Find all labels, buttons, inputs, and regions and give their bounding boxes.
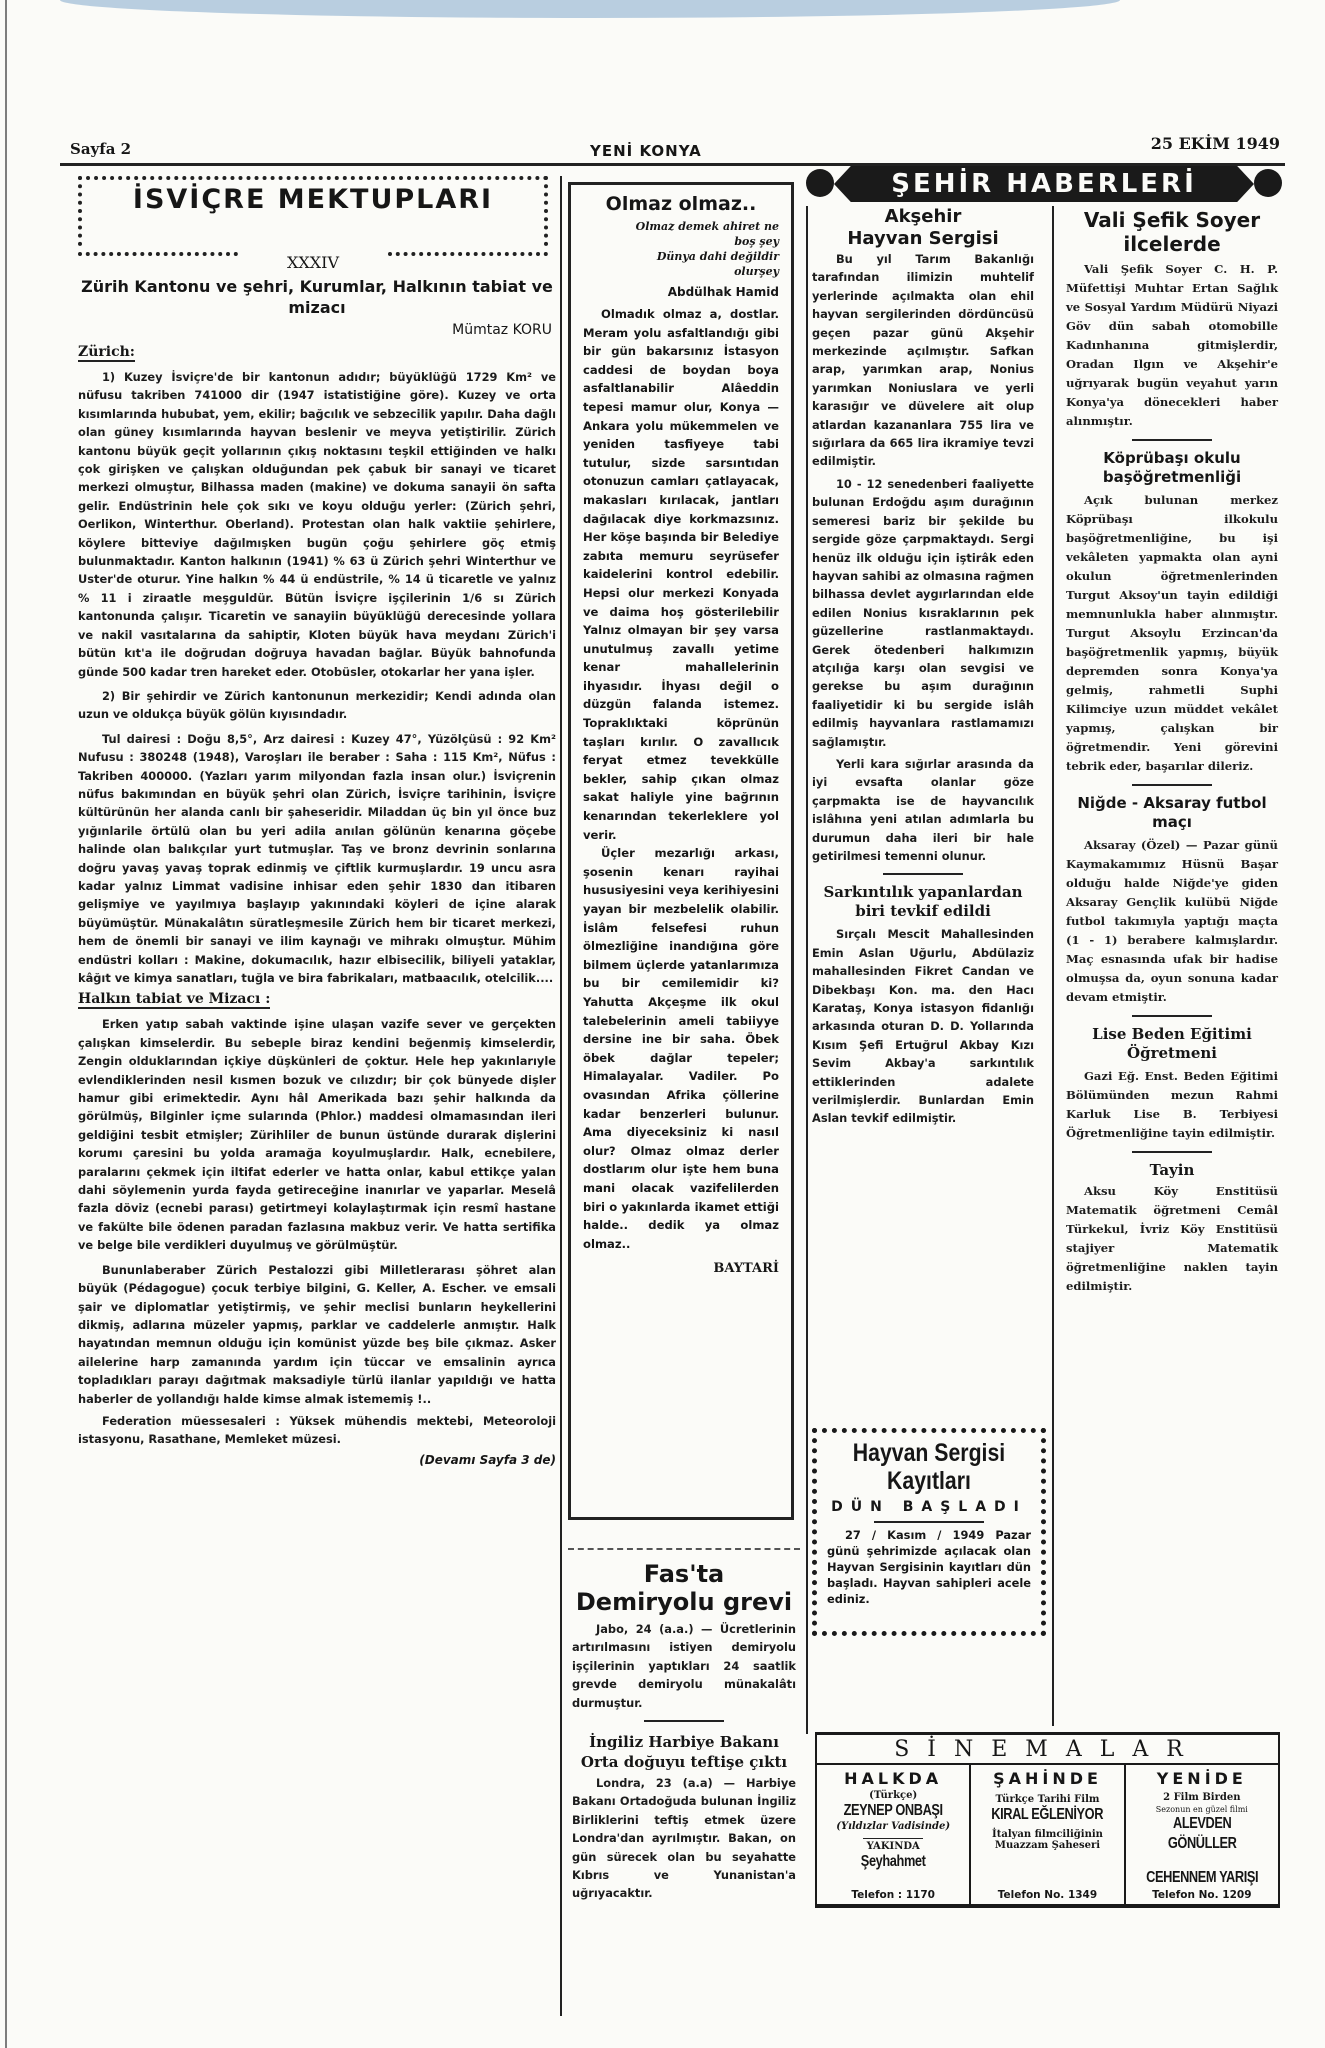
paragraph: Bu yıl Tarım Bakanlığı tarafından ilimiz… <box>812 250 1034 471</box>
banner-band: ŞEHİR HABERLERİ <box>834 166 1254 202</box>
cinema-sahin: ŞAHİNDE Türkçe Tarihi Film KIRAL EĞLENİY… <box>971 1765 1125 1905</box>
newspaper-title: YENİ KONYA <box>590 142 702 160</box>
page-edge <box>5 0 7 2048</box>
city-news-column-right: Vali Şefik Soyer ilcelerde Vali Şefik So… <box>1066 208 1278 1296</box>
short-rule <box>1132 784 1212 786</box>
verse-line: Olmaz demek ahiret ne <box>583 219 779 234</box>
ad-subtitle: DÜN BAŞLADI <box>827 1499 1031 1515</box>
sarkintilik-title: Sarkıntılık yapanlardan biri tevkif edil… <box>812 883 1034 921</box>
olmaz-column-box: Olmaz olmaz.. Olmaz demek ahiret ne boş … <box>568 182 794 1520</box>
short-rule <box>1132 1015 1212 1017</box>
cinema-halk: HALKDA (Türkçe) ZEYNEP ONBAŞI (Yıldızlar… <box>817 1765 971 1905</box>
cinema-phone: Telefon No. 1209 <box>1126 1889 1278 1901</box>
short-rule <box>863 1838 923 1839</box>
section-label-temperament: Halkın tabiat ve Mizacı : <box>78 991 270 1009</box>
banner-ornament-left <box>806 169 834 197</box>
poet-name: Abdülhak Hamid <box>583 285 779 299</box>
verse-line: olurşey <box>583 264 779 279</box>
cinema-name: ŞAHİNDE <box>971 1769 1123 1788</box>
scan-background-strip <box>60 0 1120 18</box>
author-byline: Mümtaz KORU <box>78 322 552 338</box>
short-rule <box>883 873 963 875</box>
short-rule <box>874 1521 984 1523</box>
film-genre: Türkçe Tarihi Film <box>971 1794 1123 1805</box>
film-subtitle: İtalyan filmciliğinin Muazzam Şaheseri <box>971 1827 1123 1853</box>
film-title-2: CEHENNEM YARIŞI <box>1141 1868 1263 1888</box>
column-divider <box>1052 206 1054 1726</box>
series-title: İSVİÇRE MEKTUPLARI <box>82 184 544 215</box>
cinema-name: YENİDE <box>1126 1769 1278 1788</box>
paragraph: 1) Kuzey İsviçre'de bir kantonun adıdır;… <box>78 368 556 681</box>
cinema-heading: SİNEMALAR <box>817 1735 1278 1765</box>
film-title: ALEVDEN GÖNÜLLER <box>1141 1814 1263 1854</box>
fas-title-line1: Fas'ta <box>572 1560 796 1588</box>
issue-number: XXXIV <box>82 253 544 272</box>
film-title: KIRAL EĞLENİYOR <box>987 1805 1109 1825</box>
aksehir-column: Akşehir Hayvan Sergisi Bu yıl Tarım Baka… <box>812 206 1034 1128</box>
short-rule <box>644 1720 724 1722</box>
ad-title-line1: Hayvan Sergisi <box>842 1439 1015 1467</box>
ingiliz-title: İngiliz Harbiye Bakanı Orta doğuyu tefti… <box>572 1732 796 1772</box>
ad-text: 27 / Kasım / 1949 Pazar günü şehrimizde … <box>827 1527 1031 1607</box>
vali-text: Vali Şefik Soyer C. H. P. Müfettişi Muht… <box>1066 260 1278 431</box>
continued-note: (Devamı Sayfa 3 de) <box>78 1453 556 1467</box>
sarkintilik-text: Sırçalı Mescit Mahallesinden Emin Aslan … <box>812 925 1034 1127</box>
dashed-separator <box>568 1548 800 1550</box>
short-rule <box>1132 439 1212 441</box>
series-title-box: İSVİÇRE MEKTUPLARI XXXIV <box>78 176 548 246</box>
lise-text: Gazi Eğ. Enst. Beden Eğitimi Bölümünden … <box>1066 1067 1278 1143</box>
kopruba-text: Açık bulunan merkez Köprübaşı ilkokulu b… <box>1066 491 1278 776</box>
hayvan-sergisi-ad: Hayvan Sergisi Kayıtları DÜN BAŞLADI 27 … <box>812 1428 1046 1636</box>
ingiliz-text: Londra, 23 (a.a) — Harbiye Bakanı Ortado… <box>572 1774 796 1903</box>
paragraph: 10 - 12 senedenberi faaliyette bulunan E… <box>812 475 1034 751</box>
cinema-name: HALKDA <box>817 1769 969 1788</box>
fas-text: Jabo, 24 (a.a.) — Ücretlerinin artırılma… <box>572 1620 796 1712</box>
coming-soon-label: YAKINDA <box>817 1841 969 1852</box>
cinema-listings: SİNEMALAR HALKDA (Türkçe) ZEYNEP ONBAŞI … <box>815 1732 1280 1908</box>
fas-title-line2: Demiryolu grevi <box>572 1588 796 1616</box>
section-label-zurich: Zürich: <box>78 344 135 362</box>
paragraph: 2) Bir şehirdir ve Zürich kantonunun mer… <box>78 687 556 724</box>
film-title: ZEYNEP ONBAŞI <box>832 1801 954 1821</box>
paragraph: Bununlaberaber Zürich Pestalozzi gibi Mi… <box>78 1261 556 1408</box>
paragraph: Erken yatıp sabah vaktinde işine ulaşan … <box>78 1015 556 1254</box>
cinema-phone: Telefon : 1170 <box>817 1889 969 1901</box>
swiss-letters-article: İSVİÇRE MEKTUPLARI XXXIV Zürih Kantonu v… <box>78 176 556 1467</box>
season-note: Sezonun en güzel filmi <box>1126 1805 1278 1814</box>
paragraph: Yerli kara sığırlar arasında da iyi evsa… <box>812 755 1034 865</box>
cinema-yeni: YENİDE 2 Film Birden Sezonun en güzel fi… <box>1126 1765 1278 1905</box>
lise-title: Lise Beden Eğitimi Öğretmeni <box>1066 1025 1278 1063</box>
double-feature-label: 2 Film Birden <box>1126 1792 1278 1803</box>
tayin-title: Tayin <box>1066 1161 1278 1180</box>
city-news-banner: ŞEHİR HABERLERİ <box>806 166 1282 202</box>
olmaz-title: Olmaz olmaz.. <box>583 193 779 215</box>
column-divider <box>806 206 808 1734</box>
federation-paragraph: Federation müessesaleri : Yüksek mühendi… <box>78 1412 556 1449</box>
verse-line: Dünya dahi değildir <box>583 249 779 264</box>
page-number: Sayfa 2 <box>70 140 131 158</box>
cinema-language: (Türkçe) <box>817 1790 969 1801</box>
author-signature: BAYTARİ <box>583 1261 779 1276</box>
paragraph: Üçler mezarlığı arkası, şosenin kenarı r… <box>583 844 779 1253</box>
verse-line: boş şey <box>583 234 779 249</box>
cinema-phone: Telefon No. 1349 <box>971 1889 1123 1901</box>
banner-ornament-right <box>1254 169 1282 197</box>
coming-soon-film: Şeyhahmet <box>832 1852 954 1872</box>
aksehir-title-line2: Hayvan Sergisi <box>812 228 1034 250</box>
federation-label: Federation müessesaleri : <box>102 1414 280 1428</box>
vali-title: Vali Şefik Soyer ilcelerde <box>1066 208 1278 256</box>
kopruba-title: Köprübaşı okulu başöğretmenliği <box>1066 449 1278 487</box>
fas-and-ingiliz-news: Fas'ta Demiryolu grevi Jabo, 24 (a.a.) —… <box>572 1560 796 1903</box>
issue-date: 25 EKİM 1949 <box>1151 134 1280 153</box>
nigde-title: Niğde - Aksaray futbol maçı <box>1066 794 1278 832</box>
newspaper-page: Sayfa 2 YENİ KONYA 25 EKİM 1949 İSVİÇRE … <box>0 0 1325 2048</box>
ad-title-line2: Kayıtları <box>842 1467 1015 1495</box>
film-subtitle: (Yıldızlar Vadisinde) <box>817 1821 969 1832</box>
nigde-text: Aksaray (Özel) — Pazar günü Kaymakamımız… <box>1066 836 1278 1007</box>
short-rule <box>1132 1151 1212 1153</box>
article-headline: Zürih Kantonu ve şehri, Kurumlar, Halkın… <box>78 276 556 318</box>
banner-title: ŞEHİR HABERLERİ <box>891 169 1197 199</box>
tayin-text: Aksu Köy Enstitüsü Matematik öğretmeni C… <box>1066 1182 1278 1296</box>
paragraph: Olmadık olmaz a, dostlar. Meram yolu asf… <box>583 305 779 844</box>
column-divider <box>560 176 562 2016</box>
aksehir-title-line1: Akşehir <box>812 206 1034 228</box>
paragraph: Tul dairesi : Doğu 8,5°, Arz dairesi : K… <box>78 730 556 988</box>
